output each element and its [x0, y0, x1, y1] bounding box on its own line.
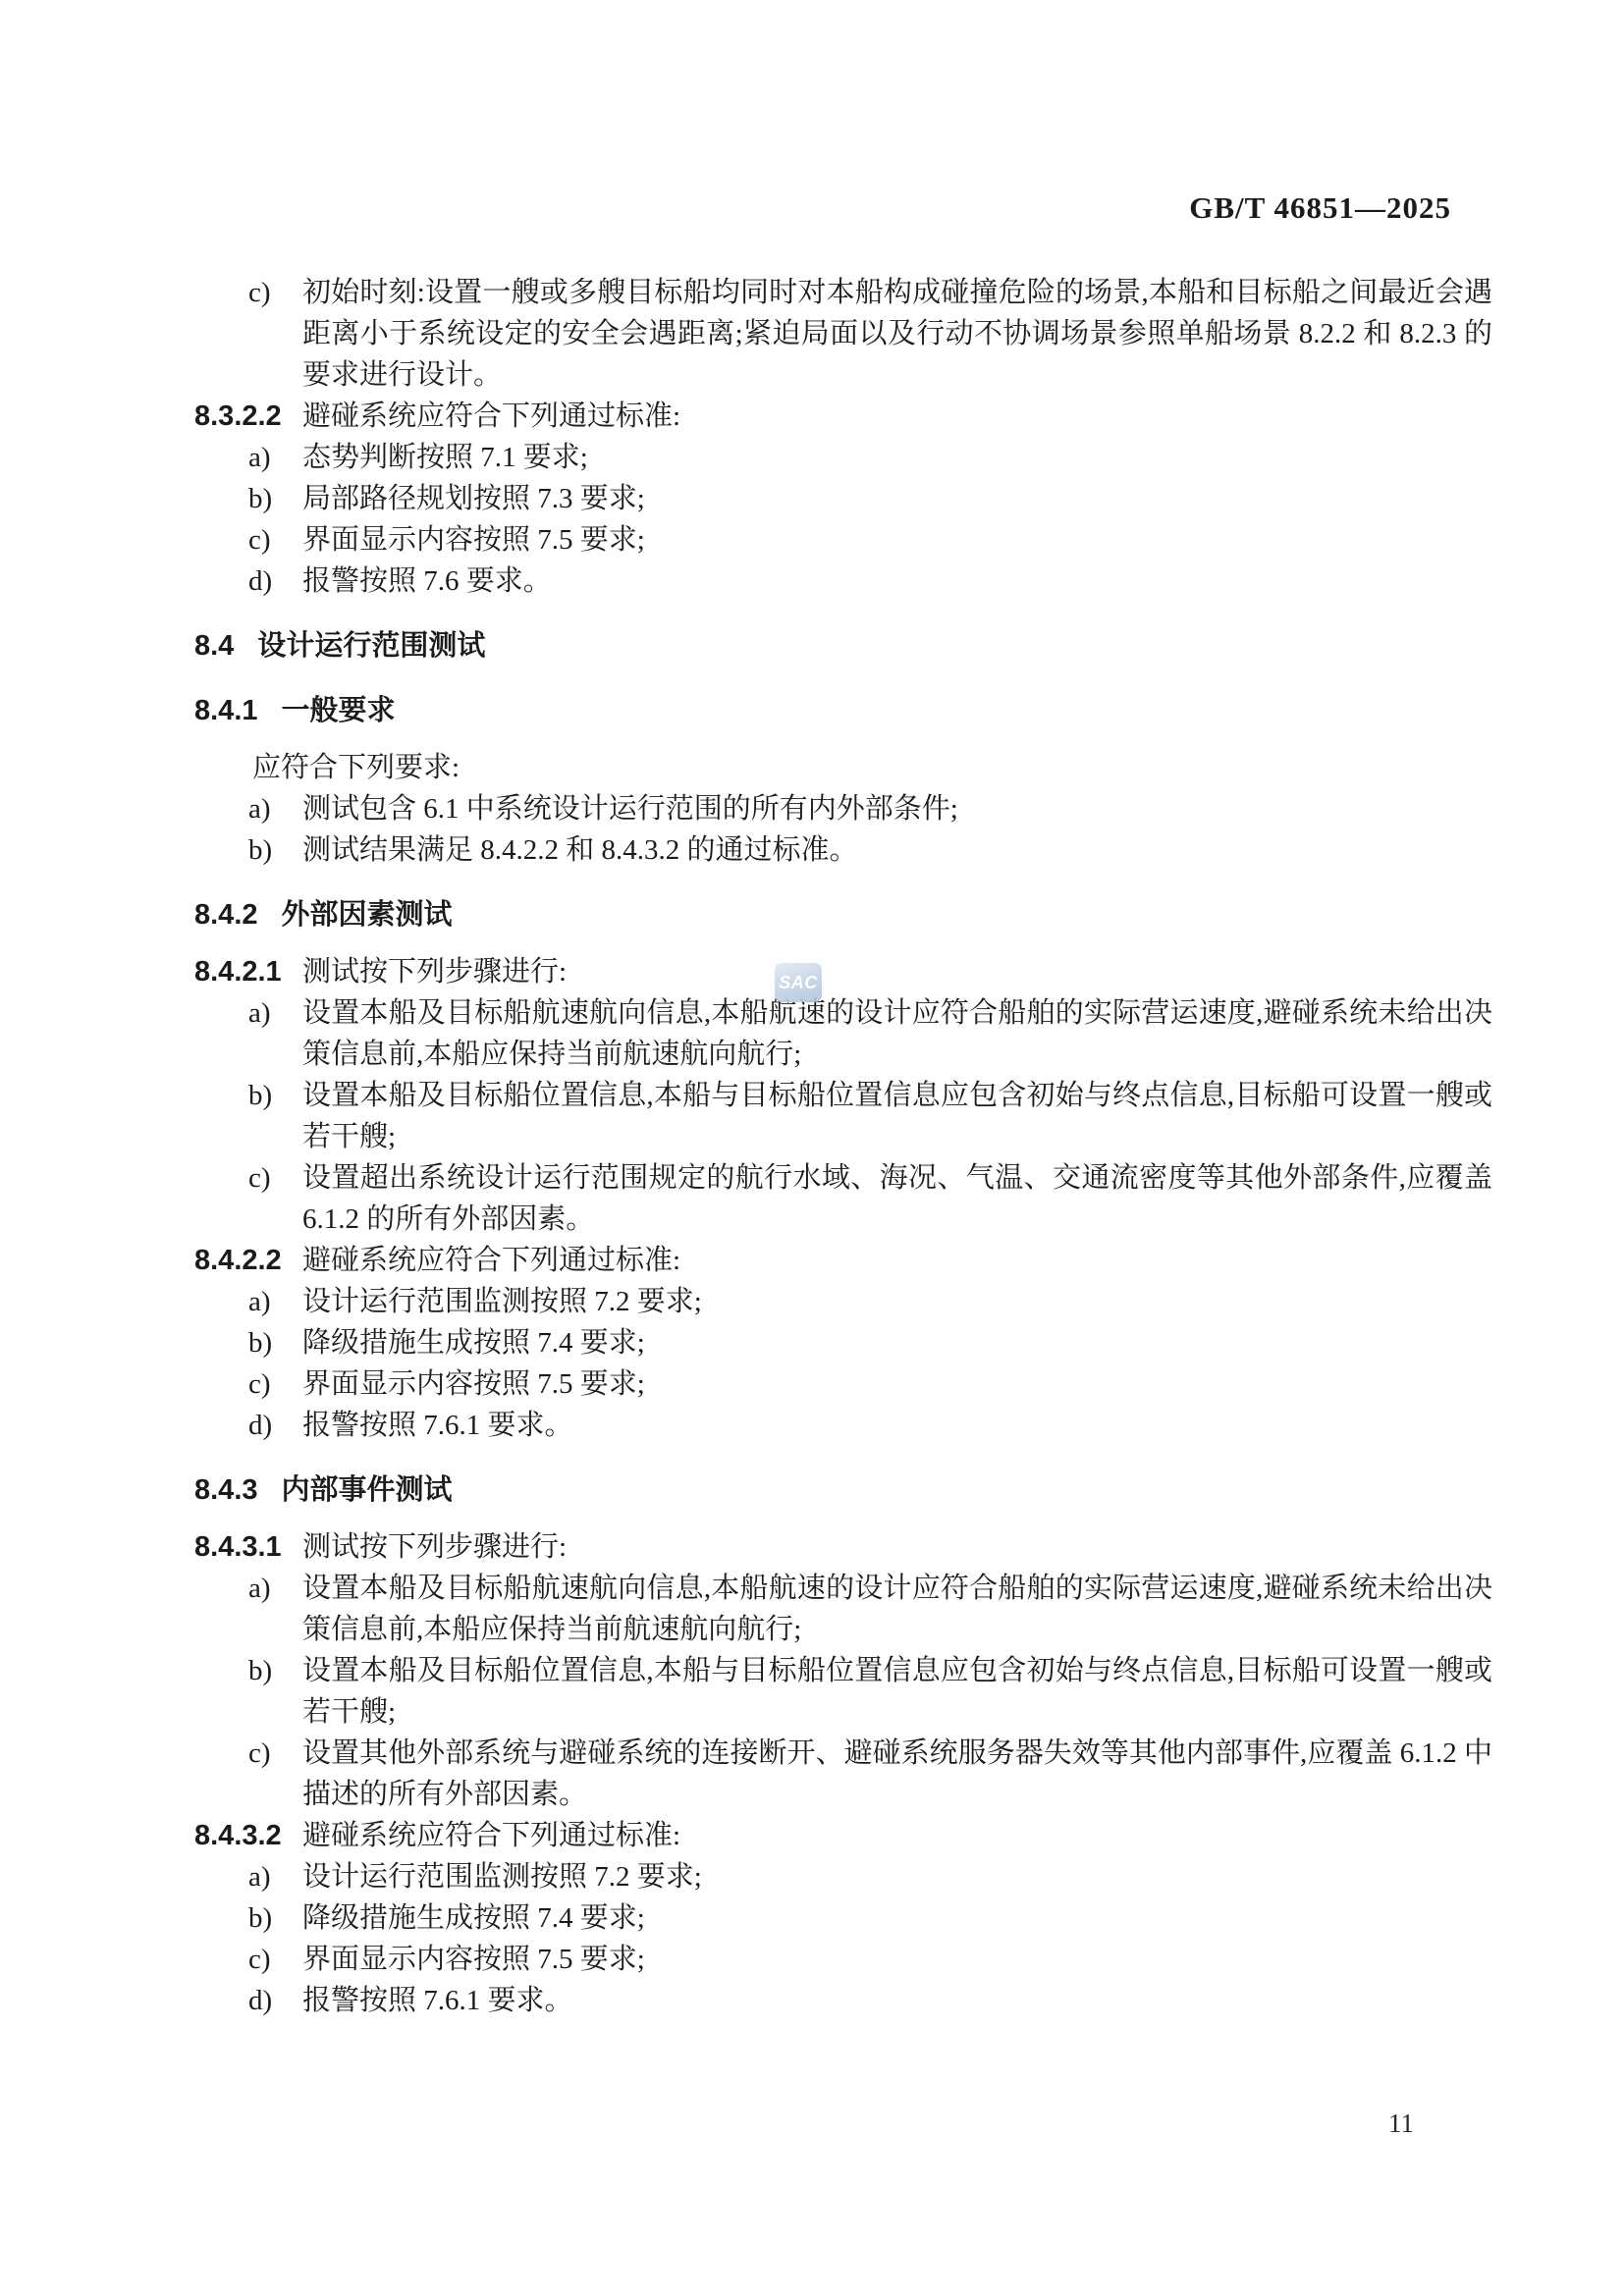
- list-item: a)测试包含 6.1 中系统设计运行范围的所有内外部条件;: [194, 788, 1492, 829]
- section-heading: 8.4.2外部因素测试: [194, 894, 1492, 935]
- list-item-text: 设置超出系统设计运行范围规定的航行水域、海况、气温、交通流密度等其他外部条件,应…: [302, 1162, 1492, 1235]
- list-item: d)报警按照 7.6.1 要求。: [194, 1980, 1492, 2021]
- list-item-letter: b): [248, 829, 272, 871]
- standard-number-header: GB/T 46851—2025: [1189, 190, 1451, 226]
- list-item: d)报警按照 7.6.1 要求。: [194, 1405, 1492, 1446]
- list-item-text: 报警按照 7.6.1 要求。: [302, 1410, 573, 1441]
- list-item: c)界面显示内容按照 7.5 要求;: [194, 1363, 1492, 1405]
- list-item-letter: b): [248, 1650, 272, 1691]
- list-item: b)设置本船及目标船位置信息,本船与目标船位置信息应包含初始与终点信息,目标船可…: [194, 1650, 1492, 1733]
- list-item: c)设置超出系统设计运行范围规定的航行水域、海况、气温、交通流密度等其他外部条件…: [194, 1157, 1492, 1240]
- list-item-letter: c): [248, 1939, 271, 1980]
- list-item-text: 设计运行范围监测按照 7.2 要求;: [302, 1286, 702, 1317]
- clause-number: 8.4.2.2: [194, 1240, 302, 1281]
- list-item: a)态势判断按照 7.1 要求;: [194, 437, 1492, 478]
- list-item-text: 测试结果满足 8.4.2.2 和 8.4.3.2 的通过标准。: [302, 834, 858, 866]
- section-heading-title: 一般要求: [282, 695, 396, 726]
- clause: 8.4.3.1测试按下列步骤进行:: [194, 1526, 1492, 1568]
- list-item-text: 设置本船及目标船航速航向信息,本船航速的设计应符合船舶的实际营运速度,避碰系统未…: [302, 997, 1492, 1070]
- clause: 8.4.3.2避碰系统应符合下列通过标准:: [194, 1815, 1492, 1856]
- list-item-letter: d): [248, 1405, 272, 1446]
- document-body: c)初始时刻:设置一艘或多艘目标船均同时对本船构成碰撞危险的场景,本船和目标船之…: [194, 272, 1492, 2021]
- clause-number: 8.3.2.2: [194, 396, 302, 437]
- list-item: c)初始时刻:设置一艘或多艘目标船均同时对本船构成碰撞危险的场景,本船和目标船之…: [194, 272, 1492, 396]
- section-heading-title: 内部事件测试: [282, 1474, 453, 1506]
- list-item-letter: a): [248, 1281, 271, 1322]
- clause-text: 测试按下列步骤进行:: [302, 956, 567, 988]
- list-item: b)设置本船及目标船位置信息,本船与目标船位置信息应包含初始与终点信息,目标船可…: [194, 1075, 1492, 1157]
- section-heading-number: 8.4.2: [194, 894, 258, 935]
- list-item-letter: a): [248, 1856, 271, 1897]
- clause: 8.4.2.2避碰系统应符合下列通过标准:: [194, 1240, 1492, 1281]
- section-heading-number: 8.4: [194, 625, 234, 667]
- clause-text: 避碰系统应符合下列通过标准:: [302, 400, 680, 432]
- page-number: 11: [1388, 2109, 1414, 2139]
- list-item-letter: c): [248, 272, 271, 313]
- list-item-letter: c): [248, 519, 271, 561]
- paragraph-text: 应符合下列要求:: [252, 752, 460, 783]
- list-item-letter: b): [248, 1075, 272, 1116]
- list-item-letter: a): [248, 1568, 271, 1609]
- section-heading: 8.4.1一般要求: [194, 690, 1492, 731]
- list-item-text: 界面显示内容按照 7.5 要求;: [302, 1944, 645, 1975]
- section-heading: 8.4.3内部事件测试: [194, 1469, 1492, 1511]
- clause-text: 避碰系统应符合下列通过标准:: [302, 1820, 680, 1851]
- section-heading-title: 设计运行范围测试: [257, 630, 485, 662]
- list-item: c)设置其他外部系统与避碰系统的连接断开、避碰系统服务器失效等其他内部事件,应覆…: [194, 1733, 1492, 1815]
- list-item-letter: b): [248, 478, 272, 519]
- list-item-text: 测试包含 6.1 中系统设计运行范围的所有内外部条件;: [302, 793, 958, 825]
- list-item-letter: d): [248, 561, 272, 602]
- clause-number: 8.4.2.1: [194, 951, 302, 992]
- list-item-text: 设置本船及目标船航速航向信息,本船航速的设计应符合船舶的实际营运速度,避碰系统未…: [302, 1573, 1492, 1645]
- list-item-letter: c): [248, 1733, 271, 1774]
- clause-number: 8.4.3.2: [194, 1815, 302, 1856]
- section-heading: 8.4设计运行范围测试: [194, 625, 1492, 667]
- list-item-text: 设置本船及目标船位置信息,本船与目标船位置信息应包含初始与终点信息,目标船可设置…: [302, 1655, 1492, 1728]
- list-item: b)降级措施生成按照 7.4 要求;: [194, 1897, 1492, 1939]
- clause-text: 避碰系统应符合下列通过标准:: [302, 1245, 680, 1276]
- paragraph: 应符合下列要求:: [194, 747, 1492, 788]
- list-item-text: 设计运行范围监测按照 7.2 要求;: [302, 1861, 702, 1893]
- list-item-text: 局部路径规划按照 7.3 要求;: [302, 483, 645, 514]
- sac-watermark-logo: SAC: [775, 963, 822, 1002]
- list-item-text: 初始时刻:设置一艘或多艘目标船均同时对本船构成碰撞危险的场景,本船和目标船之间最…: [302, 277, 1492, 391]
- list-item-letter: a): [248, 992, 271, 1034]
- list-item-text: 设置其他外部系统与避碰系统的连接断开、避碰系统服务器失效等其他内部事件,应覆盖 …: [302, 1737, 1492, 1810]
- document-page: GB/T 46851—2025 c)初始时刻:设置一艘或多艘目标船均同时对本船构…: [0, 0, 1624, 2296]
- list-item: a)设置本船及目标船航速航向信息,本船航速的设计应符合船舶的实际营运速度,避碰系…: [194, 1568, 1492, 1650]
- list-item-text: 设置本船及目标船位置信息,本船与目标船位置信息应包含初始与终点信息,目标船可设置…: [302, 1080, 1492, 1152]
- list-item-text: 降级措施生成按照 7.4 要求;: [302, 1327, 645, 1359]
- section-heading-number: 8.4.3: [194, 1469, 258, 1511]
- list-item: b)局部路径规划按照 7.3 要求;: [194, 478, 1492, 519]
- clause: 8.4.2.1测试按下列步骤进行:: [194, 951, 1492, 992]
- list-item-text: 界面显示内容按照 7.5 要求;: [302, 1368, 645, 1400]
- list-item-text: 降级措施生成按照 7.4 要求;: [302, 1902, 645, 1934]
- list-item-letter: a): [248, 788, 271, 829]
- list-item: c)界面显示内容按照 7.5 要求;: [194, 519, 1492, 561]
- list-item-letter: c): [248, 1157, 271, 1199]
- list-item-letter: b): [248, 1322, 272, 1363]
- list-item-letter: a): [248, 437, 271, 478]
- list-item: a)设计运行范围监测按照 7.2 要求;: [194, 1856, 1492, 1897]
- list-item-letter: b): [248, 1897, 272, 1939]
- list-item: d)报警按照 7.6 要求。: [194, 561, 1492, 602]
- clause-text: 测试按下列步骤进行:: [302, 1531, 567, 1563]
- list-item-text: 态势判断按照 7.1 要求;: [302, 442, 588, 473]
- list-item: b)测试结果满足 8.4.2.2 和 8.4.3.2 的通过标准。: [194, 829, 1492, 871]
- list-item-letter: c): [248, 1363, 271, 1405]
- list-item-text: 报警按照 7.6 要求。: [302, 565, 552, 597]
- list-item-text: 报警按照 7.6.1 要求。: [302, 1985, 573, 2016]
- section-heading-title: 外部因素测试: [282, 899, 453, 931]
- list-item: a)设置本船及目标船航速航向信息,本船航速的设计应符合船舶的实际营运速度,避碰系…: [194, 992, 1492, 1075]
- list-item: c)界面显示内容按照 7.5 要求;: [194, 1939, 1492, 1980]
- list-item: a)设计运行范围监测按照 7.2 要求;: [194, 1281, 1492, 1322]
- clause-number: 8.4.3.1: [194, 1526, 302, 1568]
- list-item: b)降级措施生成按照 7.4 要求;: [194, 1322, 1492, 1363]
- list-item-text: 界面显示内容按照 7.5 要求;: [302, 524, 645, 556]
- list-item-letter: d): [248, 1980, 272, 2021]
- section-heading-number: 8.4.1: [194, 690, 258, 731]
- clause: 8.3.2.2避碰系统应符合下列通过标准:: [194, 396, 1492, 437]
